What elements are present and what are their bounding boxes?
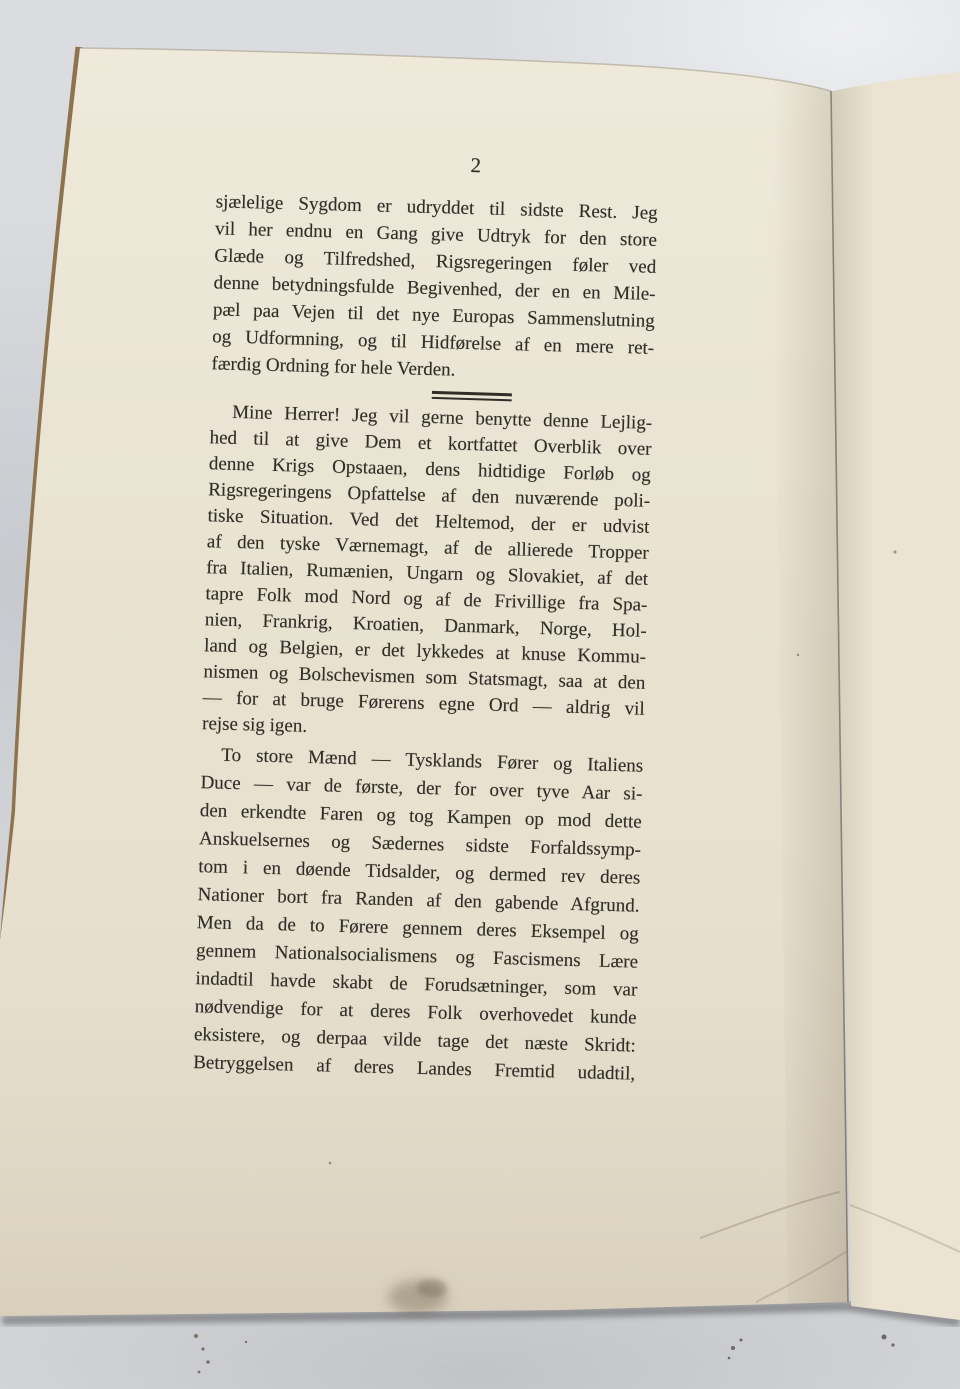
- section-divider-rule: [432, 391, 512, 402]
- stain-page-bottom-dark: [417, 1279, 447, 1297]
- table-specks-dark: [728, 1335, 895, 1360]
- paragraph-3: To store Mænd — Tysklands Fører og Itali…: [193, 741, 644, 1088]
- page-number: 2: [460, 153, 493, 179]
- paragraph-1: sjælelige Sygdom er udryddet til sidste …: [211, 188, 658, 389]
- table-specks: [194, 1334, 247, 1373]
- paragraph-2: Mine Herrer! Jeg vil gerne benytte denne…: [202, 399, 653, 748]
- right-page-spine-shadow: [828, 72, 960, 1320]
- book-photo: 2 sjælelige Sygdom er udryddet til sidst…: [0, 0, 960, 1389]
- page-text-block: 2 sjælelige Sygdom er udryddet til sidst…: [193, 144, 659, 1090]
